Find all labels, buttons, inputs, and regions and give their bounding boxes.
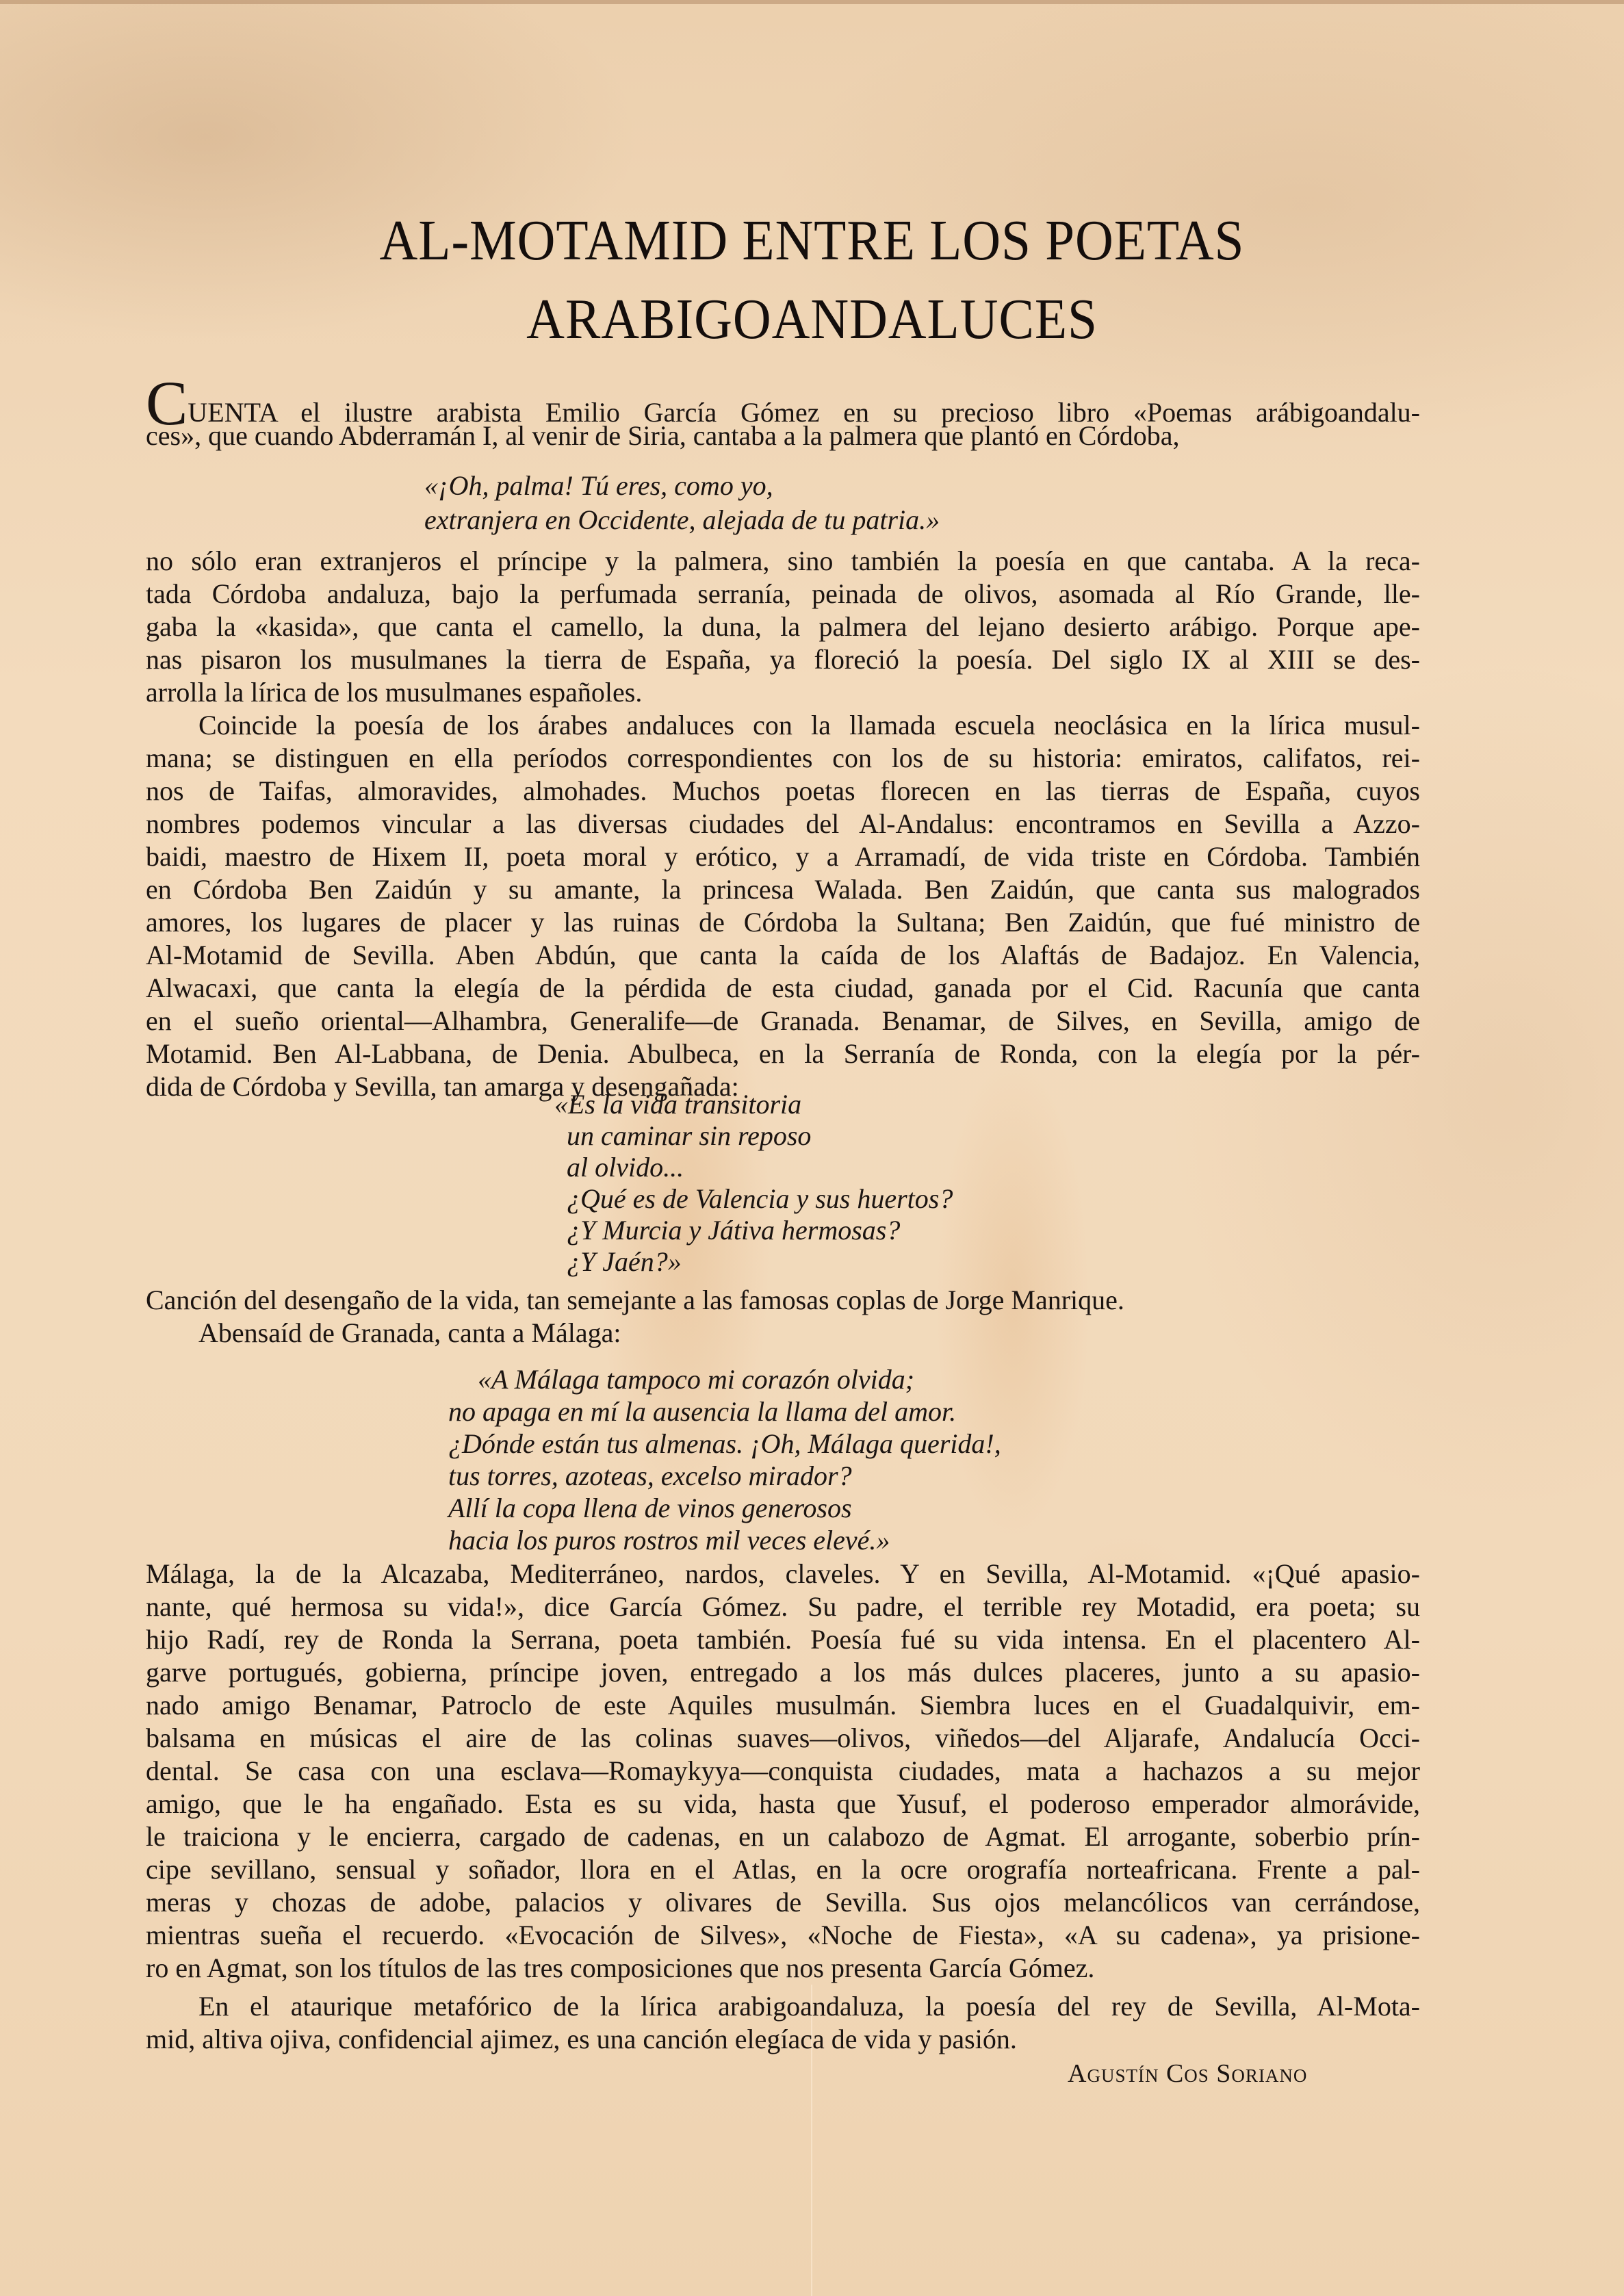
author-signature: Agustín Cos Soriano: [1068, 2059, 1307, 2089]
paragraph-3-line: Canción del desengaño de la vida, tan se…: [146, 1287, 1420, 1314]
paragraph-5-line: mid, altiva ojiva, confidencial ajimez, …: [146, 2026, 1420, 2053]
paragraph-1-line: nas pisaron los musulmanes la tierra de …: [146, 646, 1420, 673]
verse-2-line: ¿Y Murcia y Játiva hermosas?: [567, 1217, 900, 1244]
verse-1-line: extranjera en Occidente, alejada de tu p…: [424, 506, 940, 534]
title-line-2: ARABIGOANDALUCES: [65, 291, 1559, 348]
paragraph-2-line: mana; se distinguen en ella períodos cor…: [146, 745, 1420, 772]
paragraph-4-line: nante, qué hermosa su vida!», dice Garcí…: [146, 1593, 1420, 1621]
title-line-1: AL-MOTAMID ENTRE LOS POETAS: [65, 212, 1559, 270]
paragraph-2-line: Motamid. Ben Al-Labbana, de Denia. Abulb…: [146, 1040, 1420, 1068]
paragraph-2-line: baidi, maestro de Hixem II, poeta moral …: [146, 843, 1420, 870]
verse-3-line: ¿Dónde están tus almenas. ¡Oh, Málaga qu…: [448, 1430, 1001, 1458]
verse-1-line: «¡Oh, palma! Tú eres, como yo,: [424, 472, 773, 500]
paragraph-2-line: Alwacaxi, que canta la elegía de la pérd…: [146, 975, 1420, 1002]
paragraph-4-line: le traiciona y le encierra, cargado de c…: [146, 1823, 1420, 1850]
paragraph-4-line: amigo, que le ha engañado. Esta es su vi…: [146, 1790, 1420, 1818]
verse-3-line: hacia los puros rostros mil veces elevé.…: [448, 1527, 890, 1554]
paragraph-4-line: cipe sevillano, sensual y soñador, llora…: [146, 1856, 1420, 1883]
paragraph-4-line: meras y chozas de adobe, palacios y oliv…: [146, 1889, 1420, 1916]
paragraph-4-line: dental. Se casa con una esclava—Romaykyy…: [146, 1757, 1420, 1785]
paper-top-edge: [0, 0, 1624, 4]
verse-2-line: al olvido...: [567, 1154, 684, 1181]
paragraph-1-line: tada Córdoba andaluza, bajo la perfumada…: [146, 580, 1420, 608]
paragraph-3-line: Abensaíd de Granada, canta a Málaga:: [198, 1319, 1473, 1347]
verse-2-line: ¿Qué es de Valencia y sus huertos?: [567, 1185, 953, 1213]
paragraph-1-line: gaba la «kasida», que canta el camello, …: [146, 613, 1420, 641]
paragraph-2-line: nos de Taifas, almoravides, almohades. M…: [146, 777, 1420, 805]
paragraph-4-line: hijo Radí, rey de Ronda la Serrana, poet…: [146, 1626, 1420, 1653]
drop-cap: C: [146, 381, 188, 425]
paragraph-1-line: arrolla la lírica de los musulmanes espa…: [146, 679, 1420, 706]
verse-2-line: ¿Y Jaén?»: [567, 1248, 682, 1276]
verse-3-line: tus torres, azoteas, excelso mirador?: [448, 1462, 852, 1490]
verse-3-line: «A Málaga tampoco mi corazón olvida;: [478, 1366, 914, 1393]
verse-3-line: Allí la copa llena de vinos generosos: [448, 1495, 852, 1522]
paragraph-2-line: en Córdoba Ben Zaidún y su amante, la pr…: [146, 876, 1420, 903]
paragraph-4-line: nado amigo Benamar, Patroclo de este Aqu…: [146, 1692, 1420, 1719]
paragraph-2-line: amores, los lugares de placer y las ruin…: [146, 909, 1420, 936]
paragraph-4-line: balsama en músicas el aire de las colina…: [146, 1725, 1420, 1752]
verse-3-line: no apaga en mí la ausencia la llama del …: [448, 1398, 956, 1426]
paragraph-2-line: Al-Motamid de Sevilla. Aben Abdún, que c…: [146, 942, 1420, 969]
paragraph-4-line: garve portugués, gobierna, príncipe jove…: [146, 1659, 1420, 1686]
paragraph-4-line: mientras sueña el recuerdo. «Evocación d…: [146, 1922, 1420, 1949]
verse-2-line: un caminar sin reposo: [567, 1122, 811, 1150]
paragraph-5-line: En el ataurique metafórico de la lírica …: [198, 1993, 1420, 2020]
intro-line-2: ces», que cuando Abderramán I, al venir …: [146, 422, 1412, 450]
paragraph-4-line: ro en Agmat, son los títulos de las tres…: [146, 1955, 1420, 1982]
paragraph-2-line: nombres podemos vincular a las diversas …: [146, 810, 1420, 838]
paragraph-4-line: Málaga, la de la Alcazaba, Mediterráneo,…: [146, 1560, 1420, 1588]
paragraph-2-line: en el sueño oriental—Alhambra, Generalif…: [146, 1007, 1420, 1035]
paragraph-2-line: Coincide la poesía de los árabes andaluc…: [198, 712, 1420, 739]
verse-2-line: «Es la vida transitoria: [554, 1091, 801, 1118]
paragraph-1-line: no sólo eran extranjeros el príncipe y l…: [146, 547, 1420, 575]
